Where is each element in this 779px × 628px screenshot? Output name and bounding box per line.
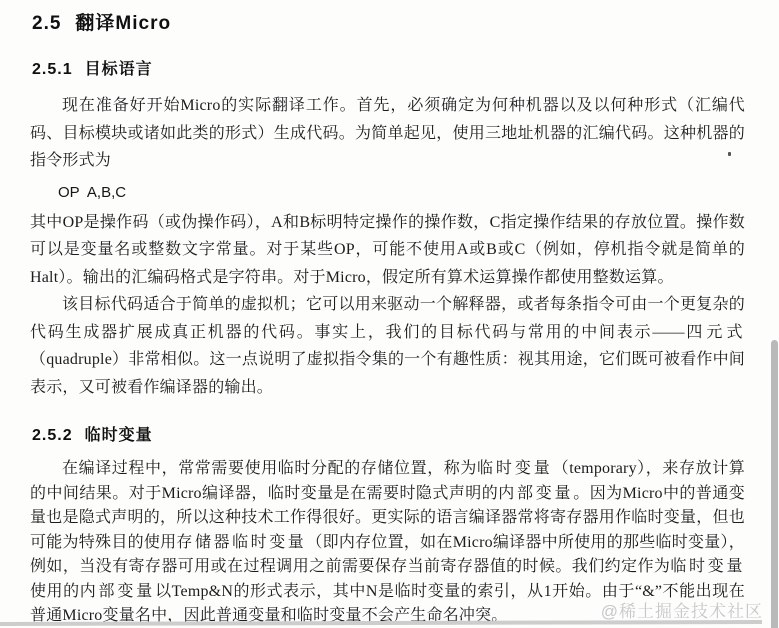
section-number: 2.5.1 (32, 61, 73, 78)
section-heading-temporaries: 2.5.2临时变量 (32, 422, 745, 445)
section-number: 2.5.2 (32, 427, 73, 444)
paragraph-text: 在编译过程中，常常需要使用临时分配的存储位置，称为 (62, 460, 477, 477)
paragraph-text: 该目标代码适合于简单的虚拟机；它可以用来驱动一个解释器，或者每条指令可由一个更复… (30, 296, 745, 341)
paragraph: 其中OP是操作码（或伪操作码），A和B标明特定操作的操作数，C指定操作结果的存放… (30, 209, 745, 292)
scan-artifact-speck (728, 152, 731, 156)
code-line: OP A,B,C (58, 184, 745, 201)
section-title: 目标语言 (85, 61, 153, 78)
chapter-title: 翻译Micro (75, 13, 171, 34)
emphasized-term: 临时变量 (670, 558, 745, 575)
scrollbar-thumb[interactable] (771, 340, 778, 628)
paragraph: 该目标代码适合于简单的虚拟机；它可以用来驱动一个解释器，或者每条指令可由一个更复… (30, 291, 745, 401)
section-title: 临时变量 (85, 427, 153, 444)
emphasized-term: 临时变量 (477, 460, 553, 477)
paragraph-text: 其中OP是操作码（或伪操作码），A和B标明特定操作的操作数，C指定操作结果的存放… (30, 214, 745, 286)
paragraph-text: 现在准备好开始Micro的实际翻译工作。首先，必须确定为何种机器以及以何种形式（… (30, 97, 745, 169)
watermark: @稀土掘金技术社区 (601, 597, 763, 622)
emphasized-term: 存储器临时变量 (176, 534, 306, 551)
emphasized-term: 内部变量 (498, 485, 573, 502)
paragraph: 现在准备好开始Micro的实际翻译工作。首先，必须确定为何种机器以及以何种形式（… (30, 92, 745, 175)
chapter-heading: 2.5翻译Micro (32, 8, 745, 35)
emphasized-term: 内部变量 (80, 583, 155, 600)
scanned-page: 2.5翻译Micro 2.5.1目标语言 现在准备好开始Micro的实际翻译工作… (0, 0, 779, 628)
paragraph-text: （quadruple）非常相似。这一点说明了虚拟指令集的一个有趣性质：视其用途，… (30, 351, 745, 396)
emphasized-term: 四元式 (685, 324, 745, 341)
chapter-number: 2.5 (32, 13, 61, 34)
paragraph-text: 使用的 (30, 583, 80, 600)
section-heading-target-language: 2.5.1目标语言 (32, 56, 745, 79)
